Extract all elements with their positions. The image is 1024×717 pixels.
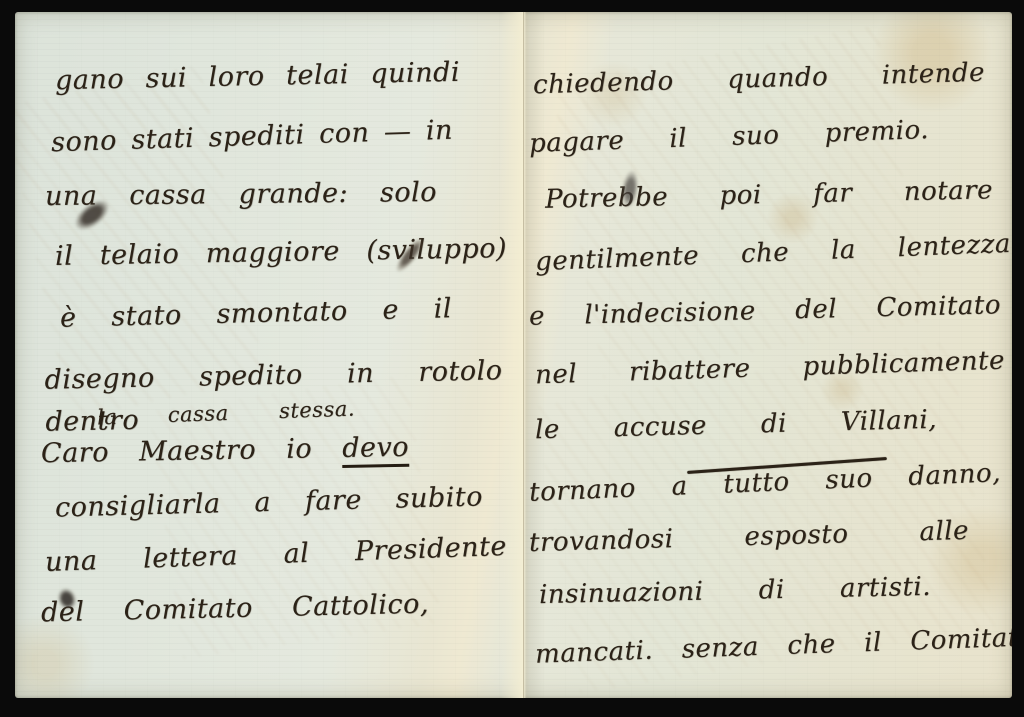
handwritten-line: una lettera al Presidente <box>44 526 507 584</box>
handwritten-line: sono stati spediti con — in <box>50 110 453 165</box>
handwritten-line: chiedendo quando intende <box>533 52 986 107</box>
handwritten-line: il telaio maggiore (sviluppo) <box>55 228 508 278</box>
handwritten-line: nel ribattere pubblicamente <box>534 340 1005 397</box>
handwritten-line: è stato smontato e il <box>60 288 453 340</box>
underlined-word: devo <box>342 432 409 468</box>
handwritten-line: tornano a tutto suo danno, <box>528 452 1001 514</box>
handwritten-line: trovandosi esposto alle <box>528 510 969 564</box>
salutation-text: Caro Maestro io <box>41 433 313 469</box>
handwritten-line: una cassa grande: solo <box>45 172 437 218</box>
handwritten-line: Potrebbe poi far notare <box>545 169 994 220</box>
handwritten-line: consigliarla a fare subito <box>55 476 484 529</box>
handwritten-line: gano sui loro telai quindi <box>55 52 461 102</box>
handwritten-line: gentilmente che la lentezza <box>534 223 1011 283</box>
handwritten-line-salutation: Caro Maestro io devo <box>41 427 410 475</box>
letter-paper: gano sui loro telai quindi sono stati sp… <box>15 12 1012 698</box>
handwritten-line: insinuazioni di artisti. <box>539 566 932 616</box>
handwritten-line: le accuse di Villani, <box>535 399 938 452</box>
scanned-letter-frame: gano sui loro telai quindi sono stati sp… <box>0 0 1024 717</box>
handwritten-line: mancati. senza che il Comitato <box>534 616 1012 675</box>
handwritten-line: pagare il suo premio. <box>528 109 929 165</box>
handwritten-line: del Comitato Cattolico, <box>41 584 430 635</box>
handwritten-line: e l'indecisione del Comitato <box>529 284 1002 338</box>
